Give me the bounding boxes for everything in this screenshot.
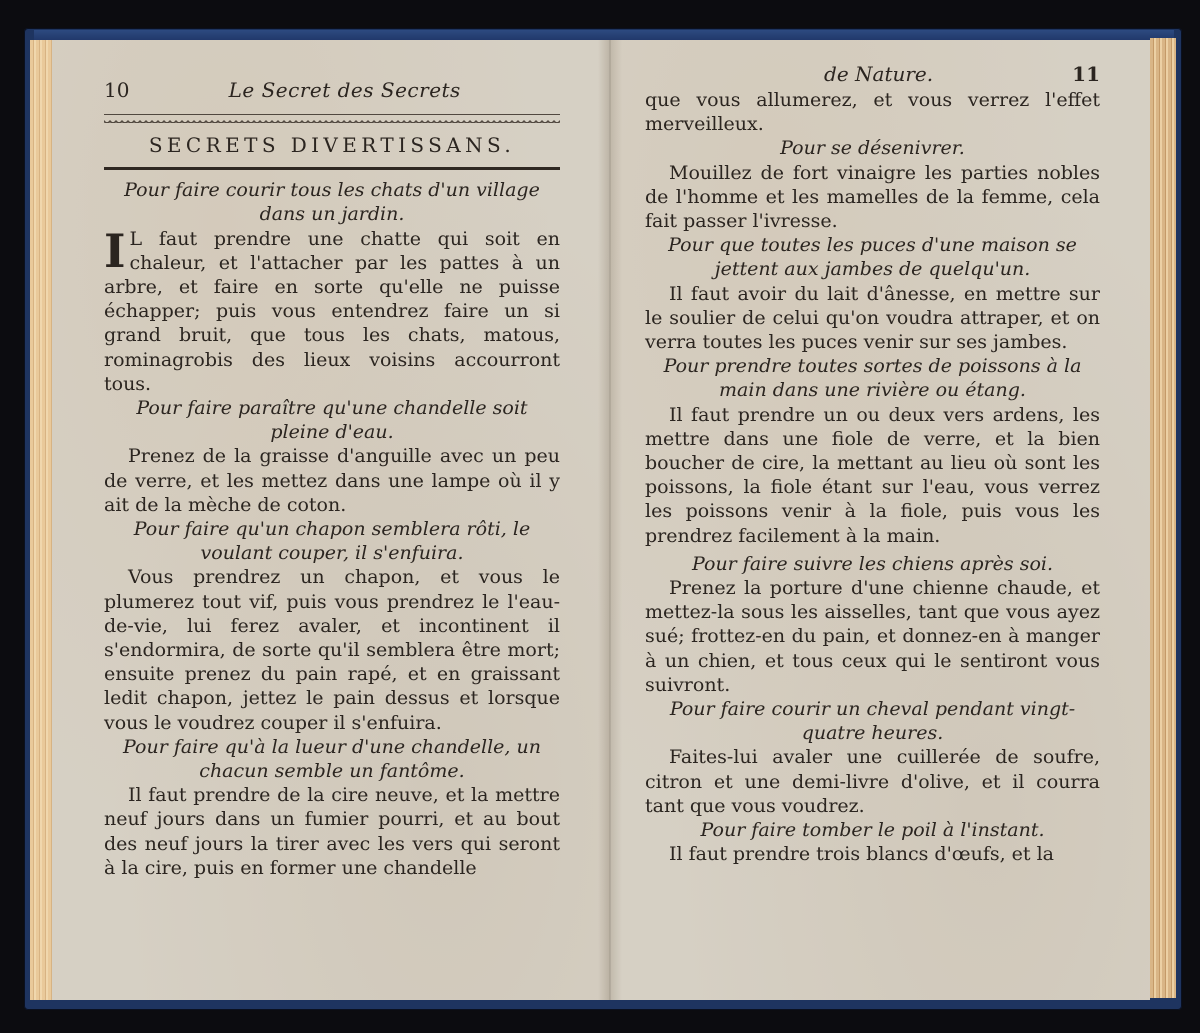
left-running-head: 10 Le Secret des Secrets [104, 78, 560, 108]
left-page-edges [30, 40, 52, 1000]
recipe-text: L faut prendre une chatte qui soit en ch… [104, 228, 560, 395]
running-title: Le Secret des Secrets [129, 78, 560, 102]
recipe-paragraph: Prenez la porture d'une chienne chaude, … [645, 576, 1100, 697]
left-page-text: 10 Le Secret des Secrets SECRETS DIVERTI… [104, 78, 560, 880]
right-page-edges [1150, 38, 1176, 998]
recipe-paragraph: Il faut prendre un ou deux vers ardens, … [645, 403, 1100, 548]
book-gutter [598, 40, 622, 1000]
recipe-heading: Pour que toutes les puces d'une maison s… [645, 233, 1100, 281]
recipe-heading: Pour faire courir tous les chats d'un vi… [104, 178, 560, 226]
recipe-paragraph: Il faut prendre de la cire neuve, et la … [104, 783, 560, 880]
drop-cap: I [104, 231, 126, 271]
thick-rule [104, 167, 560, 170]
recipe-heading: Pour prendre toutes sortes de poissons à… [645, 354, 1100, 402]
recipe-paragraph: Mouillez de fort vinaigre les parties no… [645, 161, 1100, 234]
section-title: SECRETS DIVERTISSANS. [104, 133, 560, 157]
recipe-paragraph: que vous allumerez, et vous verrez l'eff… [645, 88, 1100, 136]
recipe-paragraph: Il faut avoir du lait d'ânesse, en mettr… [645, 282, 1100, 355]
recipe-paragraph: Prenez de la graisse d'anguille avec un … [104, 444, 560, 517]
recipe-heading: Pour faire paraître qu'une chandelle soi… [104, 396, 560, 444]
page-number: 11 [1072, 62, 1100, 86]
recipe-heading: Pour faire courir un cheval pendant ving… [645, 697, 1100, 745]
recipe-paragraph: Il faut prendre trois blancs d'œufs, et … [645, 842, 1100, 866]
recipe-heading: Pour faire qu'à la lueur d'une chandelle… [104, 735, 560, 783]
recipe-heading: Pour se désenivrer. [645, 136, 1100, 160]
right-running-head: de Nature. 11 [645, 62, 1100, 88]
page-number: 10 [104, 78, 129, 102]
recipe-heading: Pour faire suivre les chiens après soi. [645, 552, 1100, 576]
recipe-paragraph: Faites-lui avaler une cuillerée de soufr… [645, 745, 1100, 818]
recipe-heading: Pour faire tomber le poil à l'instant. [645, 818, 1100, 842]
recipe-paragraph: IL faut prendre une chatte qui soit en c… [104, 227, 560, 396]
recipe-paragraph: Vous prendrez un chapon, et vous le plum… [104, 565, 560, 734]
running-title: de Nature. [645, 62, 1072, 86]
right-page-text: de Nature. 11 que vous allumerez, et vou… [645, 62, 1100, 867]
recipe-heading: Pour faire qu'un chapon semblera rôti, l… [104, 517, 560, 565]
wavy-rule [104, 114, 560, 123]
